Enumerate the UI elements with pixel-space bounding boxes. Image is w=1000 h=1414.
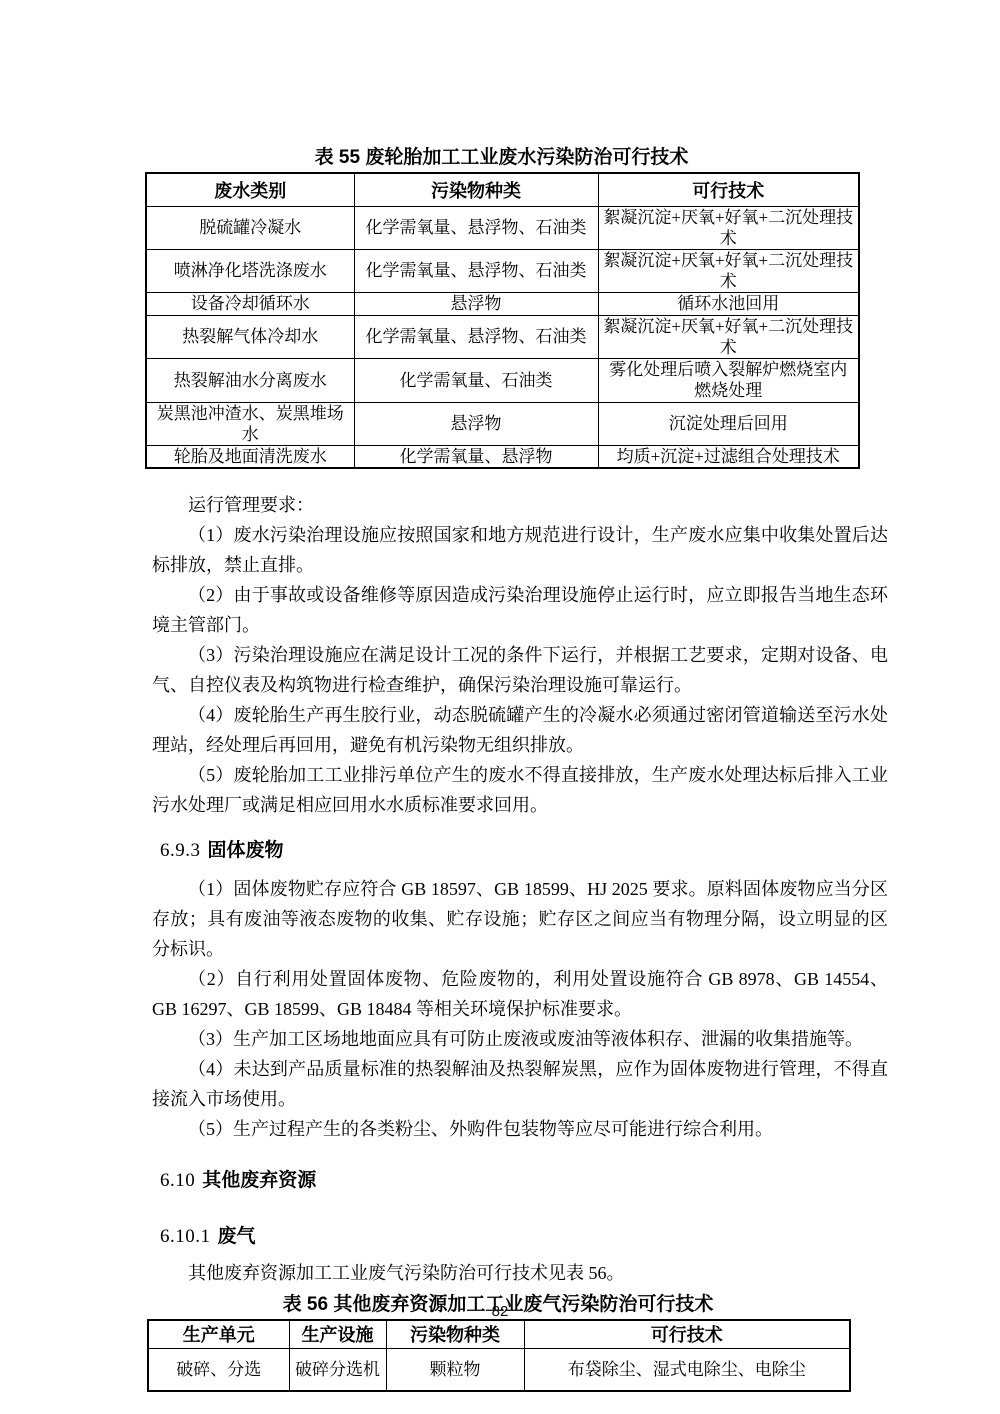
- table-row: 设备冷却循环水悬浮物循环水池回用: [146, 292, 859, 315]
- ops-paragraphs: （1）废水污染治理设施应按照国家和地方规范进行设计，生产废水应集中收集处置后达标…: [152, 520, 888, 820]
- document-page: 表 55 废轮胎加工工业废水污染防治可行技术 废水类别污染物种类可行技术脱硫罐冷…: [0, 0, 1000, 1414]
- column-header: 可行技术: [524, 1320, 850, 1348]
- paragraph: （3）污染治理设施应在满足设计工况的条件下运行，并根据工艺要求，定期对设备、电气…: [152, 640, 888, 700]
- heading-number: 6.10: [160, 1170, 195, 1191]
- table-row: 炭黑池冲渣水、炭黑堆场水悬浮物沉淀处理后回用: [146, 402, 859, 445]
- table-cell: 化学需氧量、悬浮物、石油类: [354, 249, 598, 292]
- heading-number: 6.10.1: [160, 1226, 211, 1247]
- table-cell: 化学需氧量、悬浮物、石油类: [354, 206, 598, 249]
- heading-text: 固体废物: [208, 840, 284, 861]
- table-cell: 化学需氧量、悬浮物: [354, 445, 598, 468]
- paragraph: （4）未达到产品质量标准的热裂解油及热裂解炭黑，应作为固体废物进行管理，不得直接…: [152, 1054, 888, 1114]
- table-cell: 脱硫罐冷凝水: [146, 206, 354, 249]
- paragraph: （2）自行利用处置固体废物、危险废物的，利用处置设施符合 GB 8978、GB …: [152, 964, 888, 1024]
- paragraph: （4）废轮胎生产再生胶行业，动态脱硫罐产生的冷凝水必须通过密闭管道输送至污水处理…: [152, 700, 888, 760]
- heading-text: 废气: [218, 1226, 256, 1247]
- column-header: 生产设施: [289, 1320, 386, 1348]
- table-cell: 均质+沉淀+过滤组合处理技术: [598, 445, 859, 468]
- table-cell: 破碎分选机: [289, 1348, 386, 1391]
- table-cell: 沉淀处理后回用: [598, 402, 859, 445]
- table-header-row: 废水类别污染物种类可行技术: [146, 173, 859, 206]
- heading-6-10: 6.10其他废弃资源: [160, 1166, 888, 1196]
- table-cell: 化学需氧量、悬浮物、石油类: [354, 315, 598, 358]
- table-cell: 絮凝沉淀+厌氧+好氧+二沉处理技术: [598, 206, 859, 249]
- table-row: 热裂解气体冷却水化学需氧量、悬浮物、石油类絮凝沉淀+厌氧+好氧+二沉处理技术: [146, 315, 859, 358]
- table-cell: 循环水池回用: [598, 292, 859, 315]
- paragraph: （1）固体废物贮存应符合 GB 18597、GB 18599、HJ 2025 要…: [152, 874, 888, 964]
- table56: 生产单元生产设施污染物种类可行技术破碎、分选破碎分选机颗粒物布袋除尘、湿式电除尘…: [147, 1319, 851, 1392]
- paragraph: （1）废水污染治理设施应按照国家和地方规范进行设计，生产废水应集中收集处置后达标…: [152, 520, 888, 580]
- table-row: 喷淋净化塔洗涤废水化学需氧量、悬浮物、石油类絮凝沉淀+厌氧+好氧+二沉处理技术: [146, 249, 859, 292]
- section-6-10-1-intro: 其他废弃资源加工工业废气污染防治可行技术见表 56。: [152, 1258, 888, 1288]
- table-cell: 悬浮物: [354, 402, 598, 445]
- table-cell: 破碎、分选: [148, 1348, 289, 1391]
- table55-title: 表 55 废轮胎加工工业废水污染防治可行技术: [145, 143, 858, 172]
- table55: 废水类别污染物种类可行技术脱硫罐冷凝水化学需氧量、悬浮物、石油类絮凝沉淀+厌氧+…: [145, 172, 860, 469]
- table-cell: 化学需氧量、石油类: [354, 358, 598, 402]
- heading-text: 其他废弃资源: [202, 1170, 316, 1191]
- paragraph: （3）生产加工区场地地面应具有可防止废液或废油等液体积存、泄漏的收集措施等。: [152, 1024, 888, 1054]
- table-row: 热裂解油水分离废水化学需氧量、石油类雾化处理后喷入裂解炉燃烧室内燃烧处理: [146, 358, 859, 402]
- table-cell: 轮胎及地面清洗废水: [146, 445, 354, 468]
- paragraph: （2）由于事故或设备维修等原因造成污染治理设施停止运行时，应立即报告当地生态环境…: [152, 580, 888, 640]
- table-header-row: 生产单元生产设施污染物种类可行技术: [148, 1320, 850, 1348]
- table-cell: 热裂解油水分离废水: [146, 358, 354, 402]
- table-cell: 热裂解气体冷却水: [146, 315, 354, 358]
- table-cell: 悬浮物: [354, 292, 598, 315]
- paragraph: （5）生产过程产生的各类粉尘、外购件包装物等应尽可能进行综合利用。: [152, 1114, 888, 1144]
- table-row: 脱硫罐冷凝水化学需氧量、悬浮物、石油类絮凝沉淀+厌氧+好氧+二沉处理技术: [146, 206, 859, 249]
- table-cell: 絮凝沉淀+厌氧+好氧+二沉处理技术: [598, 315, 859, 358]
- column-header: 污染物种类: [386, 1320, 524, 1348]
- paragraph: （5）废轮胎加工工业排污单位产生的废水不得直接排放，生产废水处理达标后排入工业污…: [152, 760, 888, 820]
- table-cell: 炭黑池冲渣水、炭黑堆场水: [146, 402, 354, 445]
- solid-waste-paragraphs: （1）固体废物贮存应符合 GB 18597、GB 18599、HJ 2025 要…: [152, 874, 888, 1144]
- page-content: 表 55 废轮胎加工工业废水污染防治可行技术 废水类别污染物种类可行技术脱硫罐冷…: [152, 143, 888, 1392]
- table-cell: 颗粒物: [386, 1348, 524, 1391]
- page-number: 82: [0, 1303, 1000, 1320]
- table-row: 破碎、分选破碎分选机颗粒物布袋除尘、湿式电除尘、电除尘: [148, 1348, 850, 1391]
- operation-requirements: 运行管理要求： （1）废水污染治理设施应按照国家和地方规范进行设计，生产废水应集…: [152, 490, 888, 820]
- heading-6-10-1: 6.10.1废气: [160, 1222, 888, 1252]
- table-cell: 絮凝沉淀+厌氧+好氧+二沉处理技术: [598, 249, 859, 292]
- heading-6-9-3: 6.9.3固体废物: [160, 836, 888, 866]
- table-cell: 布袋除尘、湿式电除尘、电除尘: [524, 1348, 850, 1391]
- table55-block: 表 55 废轮胎加工工业废水污染防治可行技术 废水类别污染物种类可行技术脱硫罐冷…: [145, 143, 858, 469]
- column-header: 可行技术: [598, 173, 859, 206]
- table-cell: 喷淋净化塔洗涤废水: [146, 249, 354, 292]
- table-cell: 雾化处理后喷入裂解炉燃烧室内燃烧处理: [598, 358, 859, 402]
- heading-number: 6.9.3: [160, 840, 201, 861]
- table-cell: 设备冷却循环水: [146, 292, 354, 315]
- column-header: 废水类别: [146, 173, 354, 206]
- table-row: 轮胎及地面清洗废水化学需氧量、悬浮物均质+沉淀+过滤组合处理技术: [146, 445, 859, 468]
- ops-lead: 运行管理要求：: [152, 490, 888, 520]
- column-header: 生产单元: [148, 1320, 289, 1348]
- column-header: 污染物种类: [354, 173, 598, 206]
